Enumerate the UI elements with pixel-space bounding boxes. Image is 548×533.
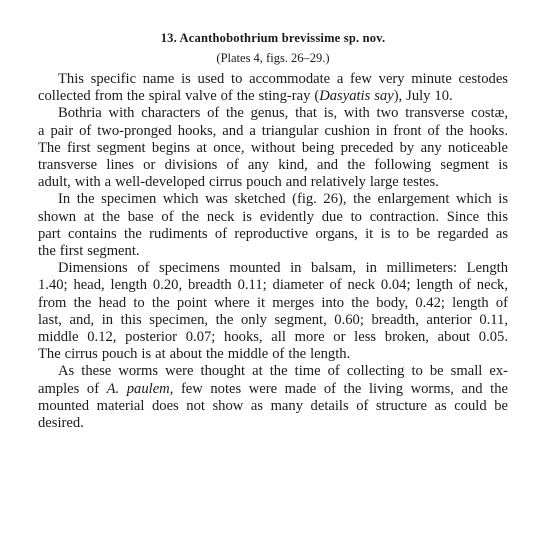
section-title: 13. Acanthobothrium brevissime sp. nov.: [38, 30, 508, 46]
text-line: a pair of two-pronged hooks, and a trian…: [38, 123, 508, 140]
text-line: amples of A. paulem, few notes were made…: [38, 381, 508, 398]
text-line: In the specimen which was sketched (fig.…: [38, 191, 508, 208]
text-line: last, and, in this specimen, the only se…: [38, 312, 508, 329]
species-name: A. paulem,: [107, 381, 174, 397]
text-line: adult, with a well-developed cirrus pouc…: [38, 174, 508, 191]
text-line: middle 0.12, posterior 0.07; hooks, all …: [38, 329, 508, 346]
text-line: from the head to the point where it merg…: [38, 295, 508, 312]
document-page: 13. Acanthobothrium brevissime sp. nov. …: [38, 30, 508, 432]
paragraph-introduction: This specific name is used to accommodat…: [38, 71, 508, 105]
paragraph-dimensions: Dimensions of specimens mounted in balsa…: [38, 260, 508, 363]
text-line: transverse lines or divisions of any kin…: [38, 157, 508, 174]
paragraph-specimen-sketch: In the specimen which was sketched (fig.…: [38, 191, 508, 260]
text-line: Dimensions of specimens mounted in balsa…: [38, 260, 508, 277]
paragraph-bothria-description: Bothria with characters of the genus, th…: [38, 105, 508, 191]
text-line: collected from the spiral valve of the s…: [38, 88, 508, 105]
text-line: 1.40; head, length 0.20, breadth 0.11; d…: [38, 277, 508, 294]
text-line: This specific name is used to accommodat…: [38, 71, 508, 88]
text-line: The first segment begins at once, withou…: [38, 140, 508, 157]
text-line: Bothria with characters of the genus, th…: [38, 105, 508, 122]
text-line: the first segment.: [38, 243, 508, 260]
text-line: As these worms were thought at the time …: [38, 363, 508, 380]
plates-reference: (Plates 4, figs. 26–29.): [38, 50, 508, 66]
host-species-name: Dasyatis say: [319, 88, 393, 104]
text-line: The cirrus pouch is at about the middle …: [38, 346, 508, 363]
text-line: mounted material does not show as many d…: [38, 398, 508, 415]
text-line: desired.: [38, 415, 508, 432]
paragraph-notes: As these worms were thought at the time …: [38, 363, 508, 432]
text-line: part contains the rudiments of reproduct…: [38, 226, 508, 243]
text-line: shown at the base of the neck is evident…: [38, 209, 508, 226]
